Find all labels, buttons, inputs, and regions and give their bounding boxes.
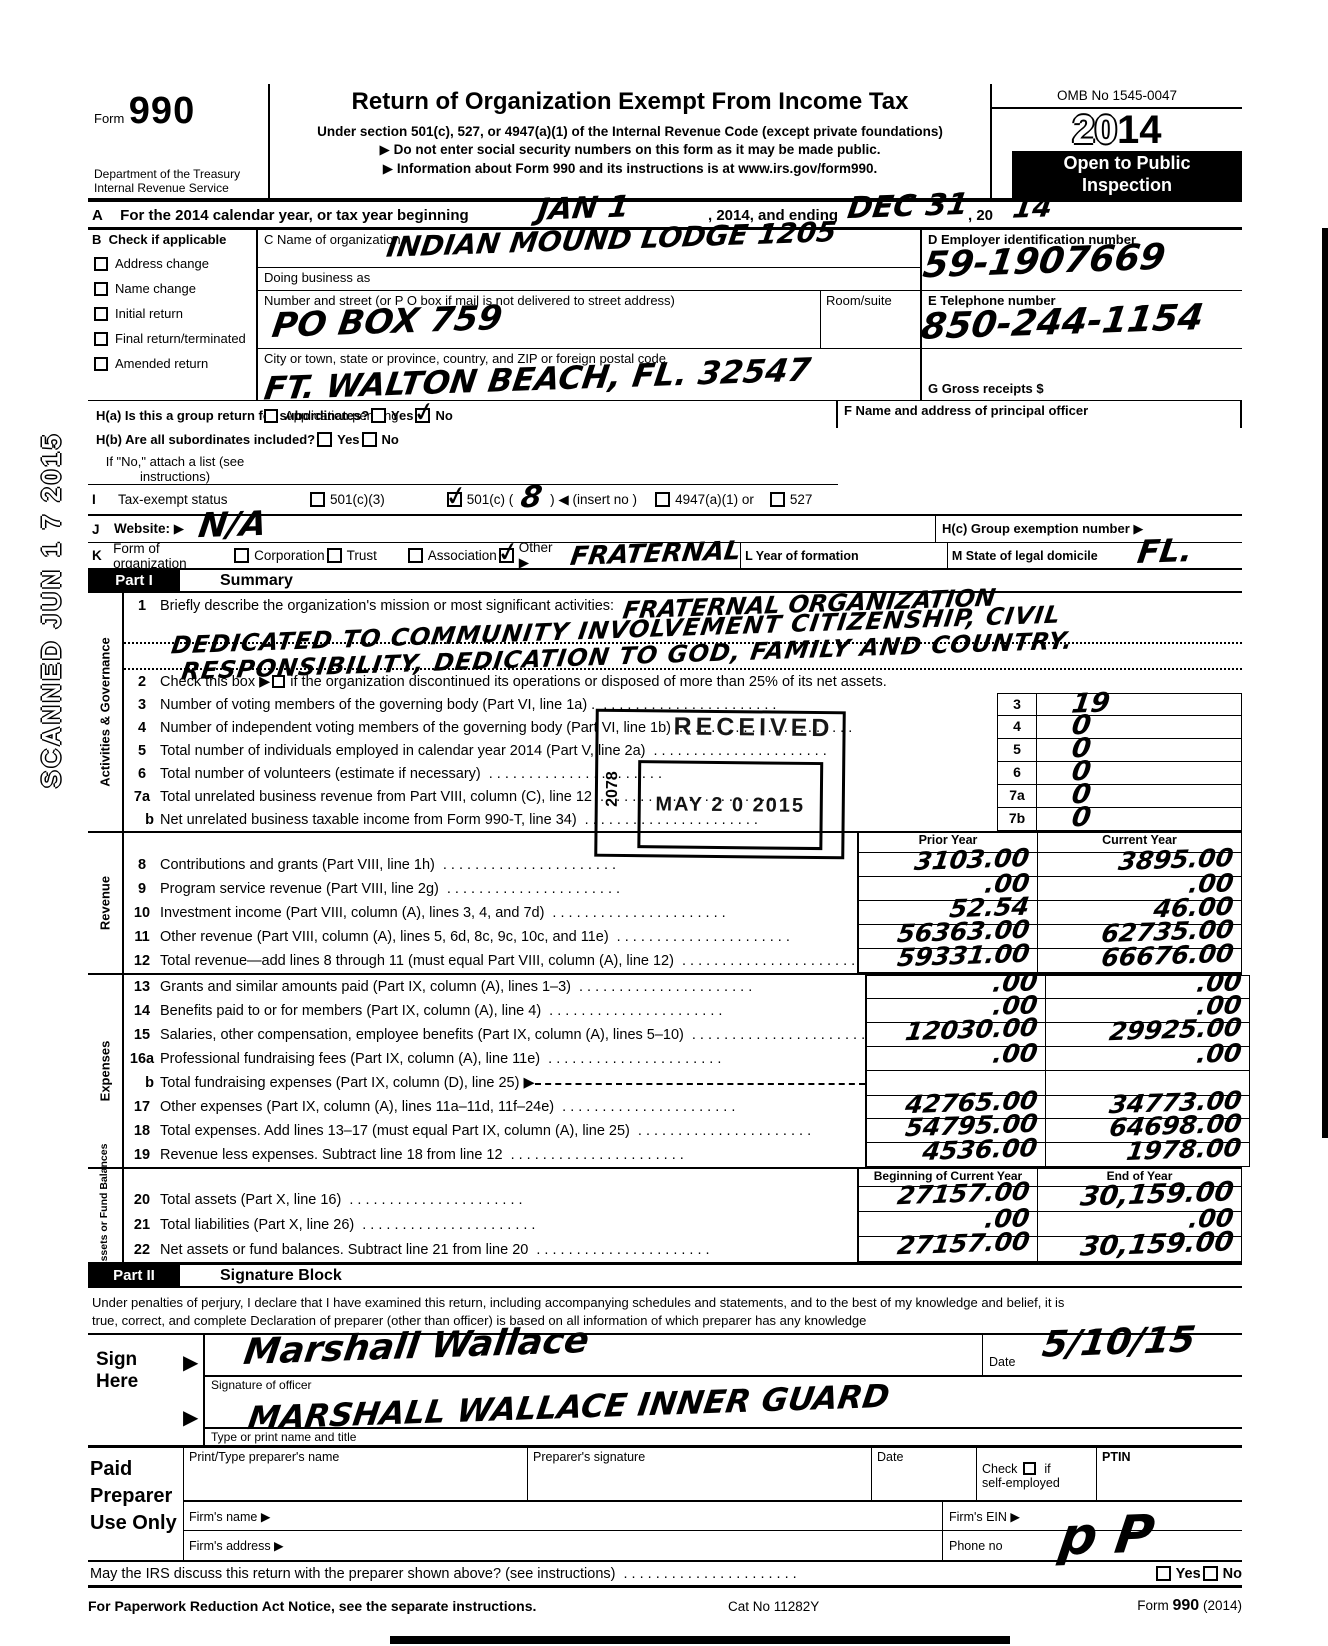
year-of-formation-cell: L Year of formation bbox=[740, 543, 947, 568]
header-bullet-2: ▶ Information about Form 990 and its ins… bbox=[278, 161, 982, 177]
scan-edge-artifact bbox=[1322, 228, 1328, 1138]
self-employed-cell: Check if self-employed bbox=[977, 1448, 1097, 1500]
discuss-yes-checkbox bbox=[1156, 1566, 1171, 1581]
table-row: 18 Total expenses. Add lines 13–17 (must… bbox=[124, 1119, 1250, 1143]
ha-yes-checkbox bbox=[371, 408, 386, 423]
part2-title: Signature Block bbox=[180, 1265, 342, 1286]
hb-no-checkbox bbox=[362, 432, 377, 447]
association-checkbox bbox=[408, 548, 423, 563]
typed-name-label: Type or print name and title bbox=[205, 1429, 1242, 1445]
checkbox-name-change: Name change bbox=[92, 276, 256, 301]
signature-date-cell: Date 5/10/15 bbox=[982, 1335, 1242, 1375]
4947a1-checkbox bbox=[655, 492, 670, 507]
checkmark-icon: ✓ bbox=[494, 535, 522, 569]
count-value: 0 bbox=[1037, 762, 1242, 785]
table-row: 21 Total liabilities (Part X, line 26). … bbox=[124, 1212, 1242, 1237]
table-row: 12 Total revenue—add lines 8 through 11 … bbox=[124, 949, 1242, 973]
website-value: N/A bbox=[196, 507, 268, 543]
band-expenses: Expenses 13 Grants and similar amounts p… bbox=[88, 975, 1242, 1169]
firm-address-cell: Firm's address ▶ bbox=[184, 1538, 942, 1553]
identity-block: B Check if applicable Address change Nam… bbox=[88, 230, 1242, 401]
hc-line: H(c) Group exemption number ▶ bbox=[935, 516, 1242, 542]
table-row: 8 Contributions and grants (Part VIII, l… bbox=[124, 853, 1242, 877]
table-row: 20 Total assets (Part X, line 16). . . .… bbox=[124, 1187, 1242, 1212]
address-change-checkbox bbox=[94, 257, 108, 271]
part1-title: Summary bbox=[180, 570, 293, 591]
other-org-type-value: FRATERNAL bbox=[568, 538, 742, 570]
check-if-applicable-block: B Check if applicable Address change Nam… bbox=[88, 230, 258, 400]
part1-bar: Part I Summary bbox=[88, 570, 1242, 593]
officer-h-block: Application pending F Name and address o… bbox=[88, 401, 1242, 516]
header-bullet-1: ▶ Do not enter social security numbers o… bbox=[278, 142, 982, 158]
firm-name-cell: Firm's name ▶ bbox=[184, 1509, 942, 1524]
self-employed-checkbox bbox=[1023, 1462, 1036, 1475]
omb-number: OMB No 1545-0047 bbox=[992, 84, 1242, 109]
name-change-checkbox bbox=[94, 282, 108, 296]
count-value: 19 bbox=[1037, 693, 1242, 716]
line-a-text: For the 2014 calendar year, or tax year … bbox=[120, 207, 468, 224]
ha-line: H(a) Is this a group return for subordin… bbox=[96, 403, 254, 427]
table-row: 15 Salaries, other compensation, employe… bbox=[124, 1023, 1250, 1047]
501c3-checkbox bbox=[310, 492, 325, 507]
checkmark-icon: ✓ bbox=[442, 479, 470, 513]
principal-officer-label: F Name and address of principal officer bbox=[838, 401, 1242, 428]
application-pending-checkbox bbox=[264, 409, 278, 423]
discontinued-checkbox bbox=[272, 675, 285, 688]
open-to-public-badge: Open to PublicInspection bbox=[1012, 151, 1242, 198]
band-net-assets: Net Assets or Fund Balances Beginning of… bbox=[88, 1169, 1242, 1265]
other-checkbox: ✓ bbox=[499, 548, 514, 563]
form-990-page: SCANNED JUN 1 7 2015 Form 990 Department… bbox=[0, 0, 1328, 1646]
table-row: 19 Revenue less expenses. Subtract line … bbox=[124, 1143, 1250, 1167]
line-k: K Form of organization Corporation Trust… bbox=[88, 543, 1242, 570]
room-suite-cell: Room/suite bbox=[820, 291, 920, 348]
checkbox-initial-return: Initial return bbox=[92, 301, 256, 326]
dba-row: Doing business as bbox=[258, 268, 920, 291]
scanned-stamp: SCANNED JUN 1 7 2015 bbox=[36, 432, 67, 788]
dept-treasury: Department of the Treasury bbox=[94, 168, 264, 182]
amended-return-checkbox bbox=[94, 357, 108, 371]
table-row: 9 Program service revenue (Part VIII, li… bbox=[124, 877, 1242, 901]
count-value: 0 bbox=[1037, 739, 1242, 762]
asset-column-headers: Beginning of Current Year End of Year bbox=[124, 1169, 1242, 1187]
stray-pen-marks: p P bbox=[1056, 1508, 1157, 1563]
ha-no-checkbox: ✓ bbox=[415, 408, 430, 423]
page-footer: For Paperwork Reduction Act Notice, see … bbox=[88, 1588, 1242, 1618]
hb-note: If "No," attach a list (see instructions… bbox=[96, 451, 254, 484]
money-column-headers: Prior Year Current Year bbox=[124, 833, 1242, 853]
h-block: H(a) Is this a group return for subordin… bbox=[88, 401, 258, 484]
header-subtitle: Under section 501(c), 527, or 4947(a)(1)… bbox=[278, 124, 982, 139]
side-label-activities: Activities & Governance bbox=[88, 593, 124, 831]
table-row: 22 Net assets or fund balances. Subtract… bbox=[124, 1237, 1242, 1262]
arrow-icon: ▶ bbox=[183, 1405, 203, 1430]
sign-here-block: Sign Here ▶ ▶ Marshall Wallace Date 5/10… bbox=[88, 1333, 1242, 1448]
table-row: b Total fundraising expenses (Part IX, c… bbox=[124, 1071, 1250, 1095]
hb-line: H(b) Are all subordinates included? Yes … bbox=[96, 427, 254, 451]
legal-domicile-cell: M State of legal domicile FL. bbox=[947, 543, 1242, 568]
checkbox-final-return: Final return/terminated bbox=[92, 326, 256, 351]
side-label-net-assets: Net Assets or Fund Balances bbox=[88, 1169, 124, 1262]
501c-checkbox: ✓ bbox=[447, 492, 462, 507]
checkbox-amended-return: Amended return bbox=[92, 351, 256, 376]
signature-of-officer-label: Signature of officer bbox=[205, 1377, 1242, 1393]
table-row: 13 Grants and similar amounts paid (Part… bbox=[124, 975, 1250, 999]
count-value: 0 bbox=[1037, 808, 1242, 831]
street-row: Number and street (or P O box if mail is… bbox=[258, 291, 920, 349]
table-row: 16a Professional fundraising fees (Part … bbox=[124, 1047, 1250, 1071]
trust-checkbox bbox=[327, 548, 342, 563]
table-row: 14 Benefits paid to or for members (Part… bbox=[124, 999, 1250, 1023]
irs-label: Internal Revenue Service bbox=[94, 182, 264, 196]
corporation-checkbox bbox=[234, 548, 249, 563]
preparer-signature-cell: Preparer's signature bbox=[528, 1448, 872, 1500]
form-label: Form bbox=[94, 111, 124, 126]
checkbox-address-change: Address change bbox=[92, 251, 256, 276]
part1-tag: Part I bbox=[88, 570, 180, 591]
table-row: 10 Investment income (Part VIII, column … bbox=[124, 901, 1242, 925]
city-row: City or town, state or province, country… bbox=[258, 349, 920, 400]
form-header: Form 990 Department of the Treasury Inte… bbox=[88, 84, 1242, 202]
hb-yes-checkbox bbox=[317, 432, 332, 447]
phone-row: E Telephone number 850-244-1154 bbox=[922, 291, 1242, 349]
perjury-statement: Under penalties of perjury, I declare th… bbox=[88, 1288, 1242, 1333]
side-label-expenses: Expenses bbox=[88, 975, 124, 1167]
page-title: Return of Organization Exempt From Incom… bbox=[278, 88, 982, 116]
527-checkbox bbox=[770, 492, 785, 507]
ein-row: D Employer identification number 59-1907… bbox=[922, 230, 1242, 291]
initial-return-checkbox bbox=[94, 307, 108, 321]
line-a: A For the 2014 calendar year, or tax yea… bbox=[88, 202, 1242, 230]
table-row: 17 Other expenses (Part IX, column (A), … bbox=[124, 1095, 1250, 1119]
table-row: 11 Other revenue (Part VIII, column (A),… bbox=[124, 925, 1242, 949]
501c-subsection-value: 8 bbox=[519, 482, 544, 513]
tax-year: 2014 bbox=[992, 109, 1242, 151]
preparer-date-cell: Date bbox=[872, 1448, 977, 1500]
final-return-checkbox bbox=[94, 332, 108, 346]
sign-arrows: ▶ ▶ bbox=[183, 1335, 203, 1445]
mission-hw-line3: RESPONSIBILITY, DEDICATION TO GOD, FAMIL… bbox=[124, 644, 1242, 670]
table-row: b Net unrelated business taxable income … bbox=[124, 808, 1242, 831]
count-value: 0 bbox=[1037, 785, 1242, 808]
gross-receipts-row: G Gross receipts $ bbox=[922, 349, 1242, 400]
band-activities: Activities & Governance 1 Briefly descri… bbox=[88, 593, 1242, 833]
scan-bottom-artifact bbox=[390, 1636, 1010, 1644]
count-value: 0 bbox=[1037, 716, 1242, 739]
discuss-no-checkbox bbox=[1203, 1566, 1218, 1581]
part2-bar: Part II Signature Block bbox=[88, 1265, 1242, 1288]
ptin-cell: PTIN bbox=[1097, 1448, 1242, 1500]
preparer-name-cell: Print/Type preparer's name bbox=[184, 1448, 528, 1500]
side-label-revenue: Revenue bbox=[88, 833, 124, 973]
org-name-row: C Name of organization INDIAN MOUND LODG… bbox=[258, 230, 920, 268]
arrow-icon: ▶ bbox=[183, 1350, 203, 1375]
form-number: 990 bbox=[129, 90, 195, 132]
band-revenue: Revenue Prior Year Current Year 8 Contri… bbox=[88, 833, 1242, 975]
